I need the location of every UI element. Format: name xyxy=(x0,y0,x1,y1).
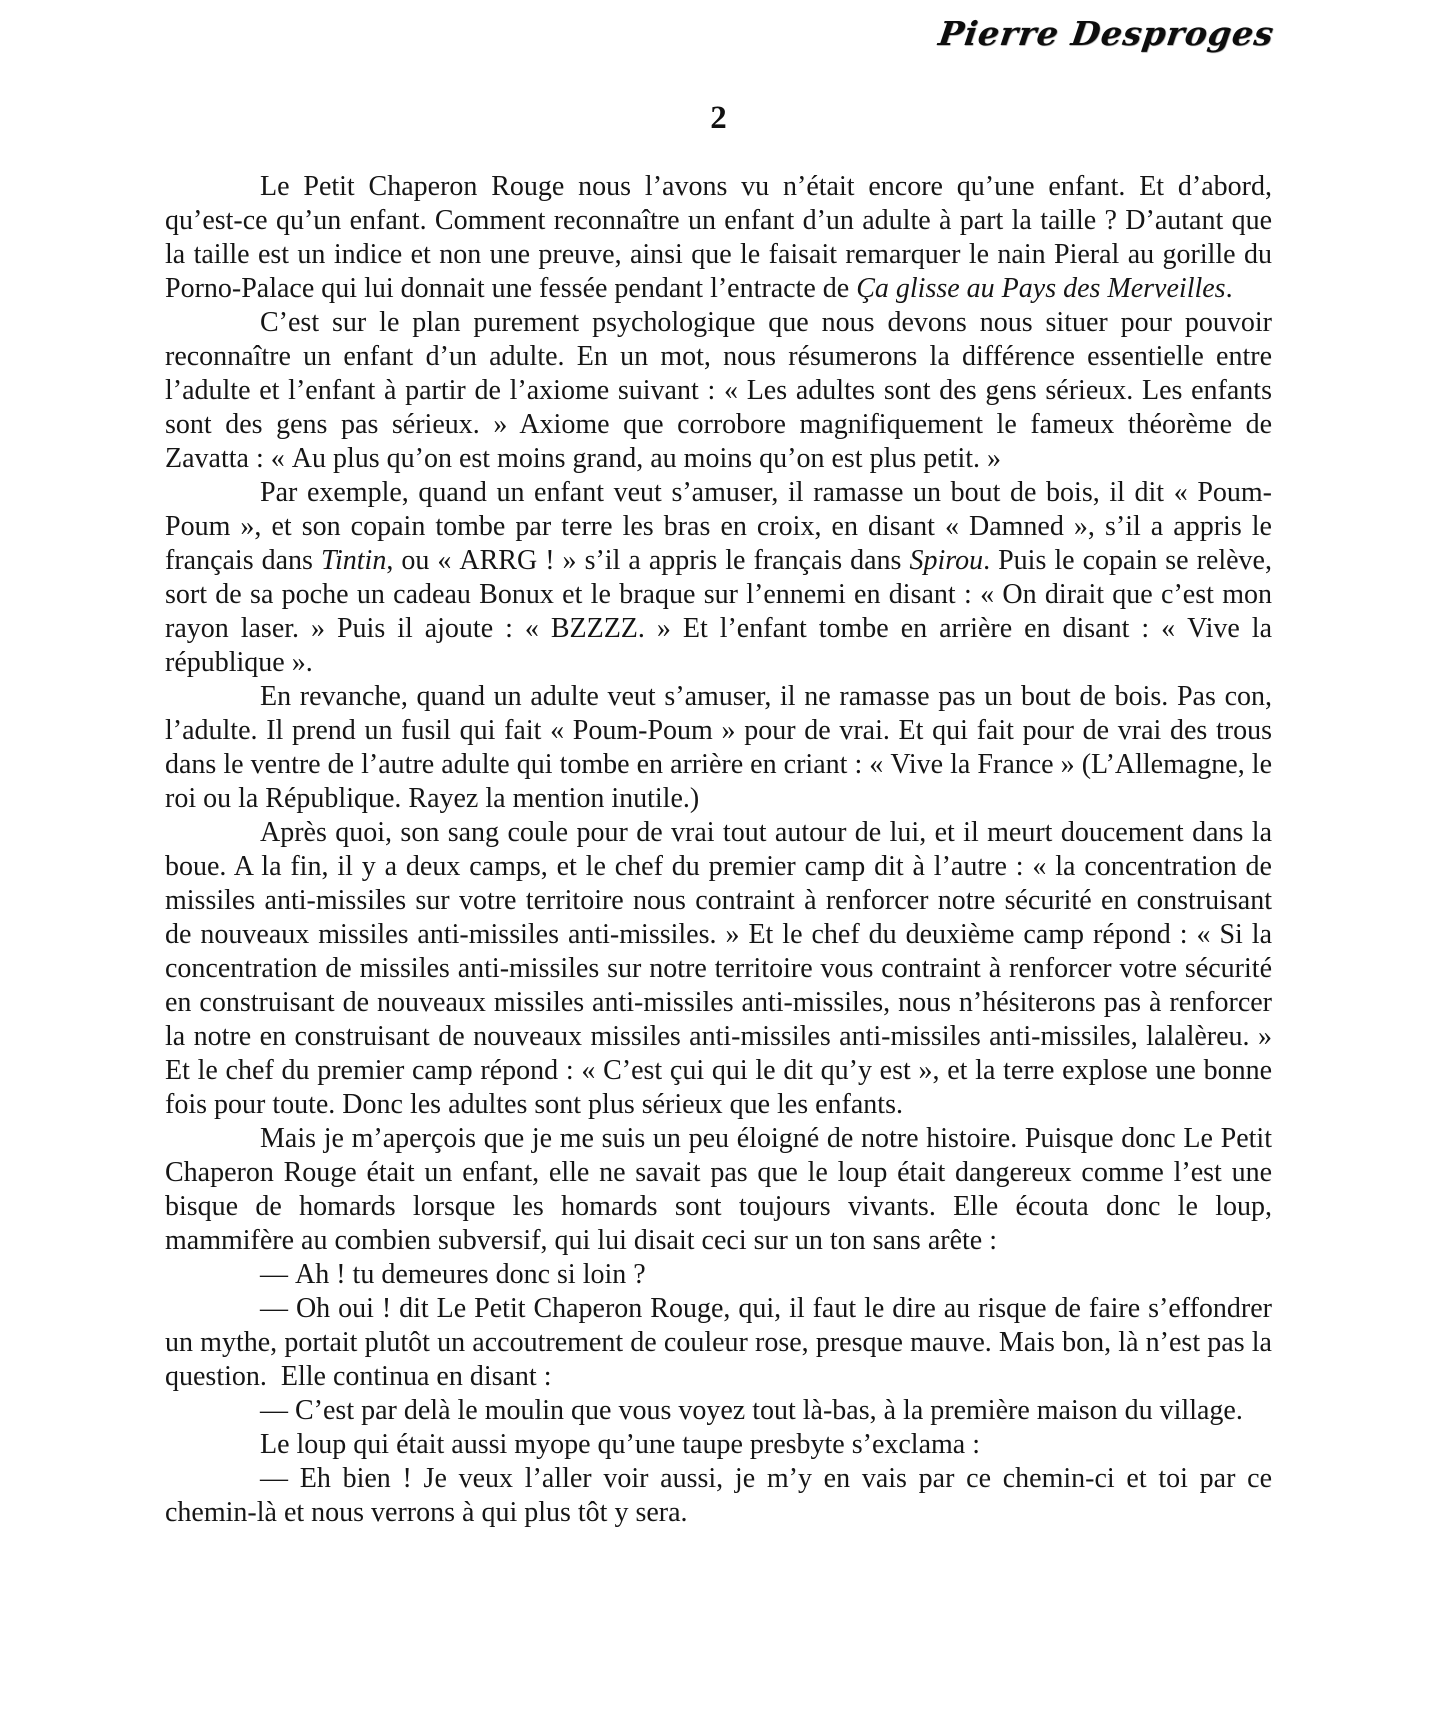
paragraph-text: Mais je m’aperçois que je me suis un peu… xyxy=(165,1123,1272,1256)
italic-title-text: Ça glisse au Pays des Merveilles xyxy=(856,273,1225,304)
paragraph-text: Après quoi, son sang coule pour de vrai … xyxy=(165,817,1272,1120)
paragraph-text: C’est sur le plan purement psychologique… xyxy=(165,307,1272,474)
paragraph: — C’est par delà le moulin que vous voye… xyxy=(165,1394,1272,1428)
paragraph-text: — Eh bien ! Je veux l’aller voir aussi, … xyxy=(165,1463,1272,1528)
paragraph: C’est sur le plan purement psychologique… xyxy=(165,306,1272,476)
paragraph-text: — Oh oui ! dit Le Petit Chaperon Rouge, … xyxy=(165,1293,1272,1392)
paragraph: Mais je m’aperçois que je me suis un peu… xyxy=(165,1122,1272,1258)
italic-title-text: Spirou xyxy=(909,545,983,576)
paragraph: Le loup qui était aussi myope qu’une tau… xyxy=(165,1428,1272,1462)
paragraph: — Eh bien ! Je veux l’aller voir aussi, … xyxy=(165,1462,1272,1530)
paragraph: Après quoi, son sang coule pour de vrai … xyxy=(165,816,1272,1122)
document-page: Pierre Desproges 2 Le Petit Chaperon Rou… xyxy=(0,0,1440,1720)
paragraph-text: Le loup qui était aussi myope qu’une tau… xyxy=(260,1429,980,1460)
body-text: Le Petit Chaperon Rouge nous l’avons vu … xyxy=(165,170,1272,1530)
author-signature: Pierre Desproges xyxy=(936,14,1276,53)
paragraph-text: — C’est par delà le moulin que vous voye… xyxy=(260,1395,1243,1426)
paragraph: — Oh oui ! dit Le Petit Chaperon Rouge, … xyxy=(165,1292,1272,1394)
page-number: 2 xyxy=(165,100,1272,137)
paragraph: — Ah ! tu demeures donc si loin ? xyxy=(165,1258,1272,1292)
paragraph: Par exemple, quand un enfant veut s’amus… xyxy=(165,476,1272,680)
italic-title-text: Tintin xyxy=(321,545,386,576)
paragraph: En revanche, quand un adulte veut s’amus… xyxy=(165,680,1272,816)
paragraph-text: En revanche, quand un adulte veut s’amus… xyxy=(165,681,1272,814)
paragraph-text: , ou « ARRG ! » s’il a appris le françai… xyxy=(386,545,909,576)
paragraph: Le Petit Chaperon Rouge nous l’avons vu … xyxy=(165,170,1272,306)
paragraph-text: . xyxy=(1226,273,1233,304)
paragraph-text: — Ah ! tu demeures donc si loin ? xyxy=(260,1259,646,1290)
